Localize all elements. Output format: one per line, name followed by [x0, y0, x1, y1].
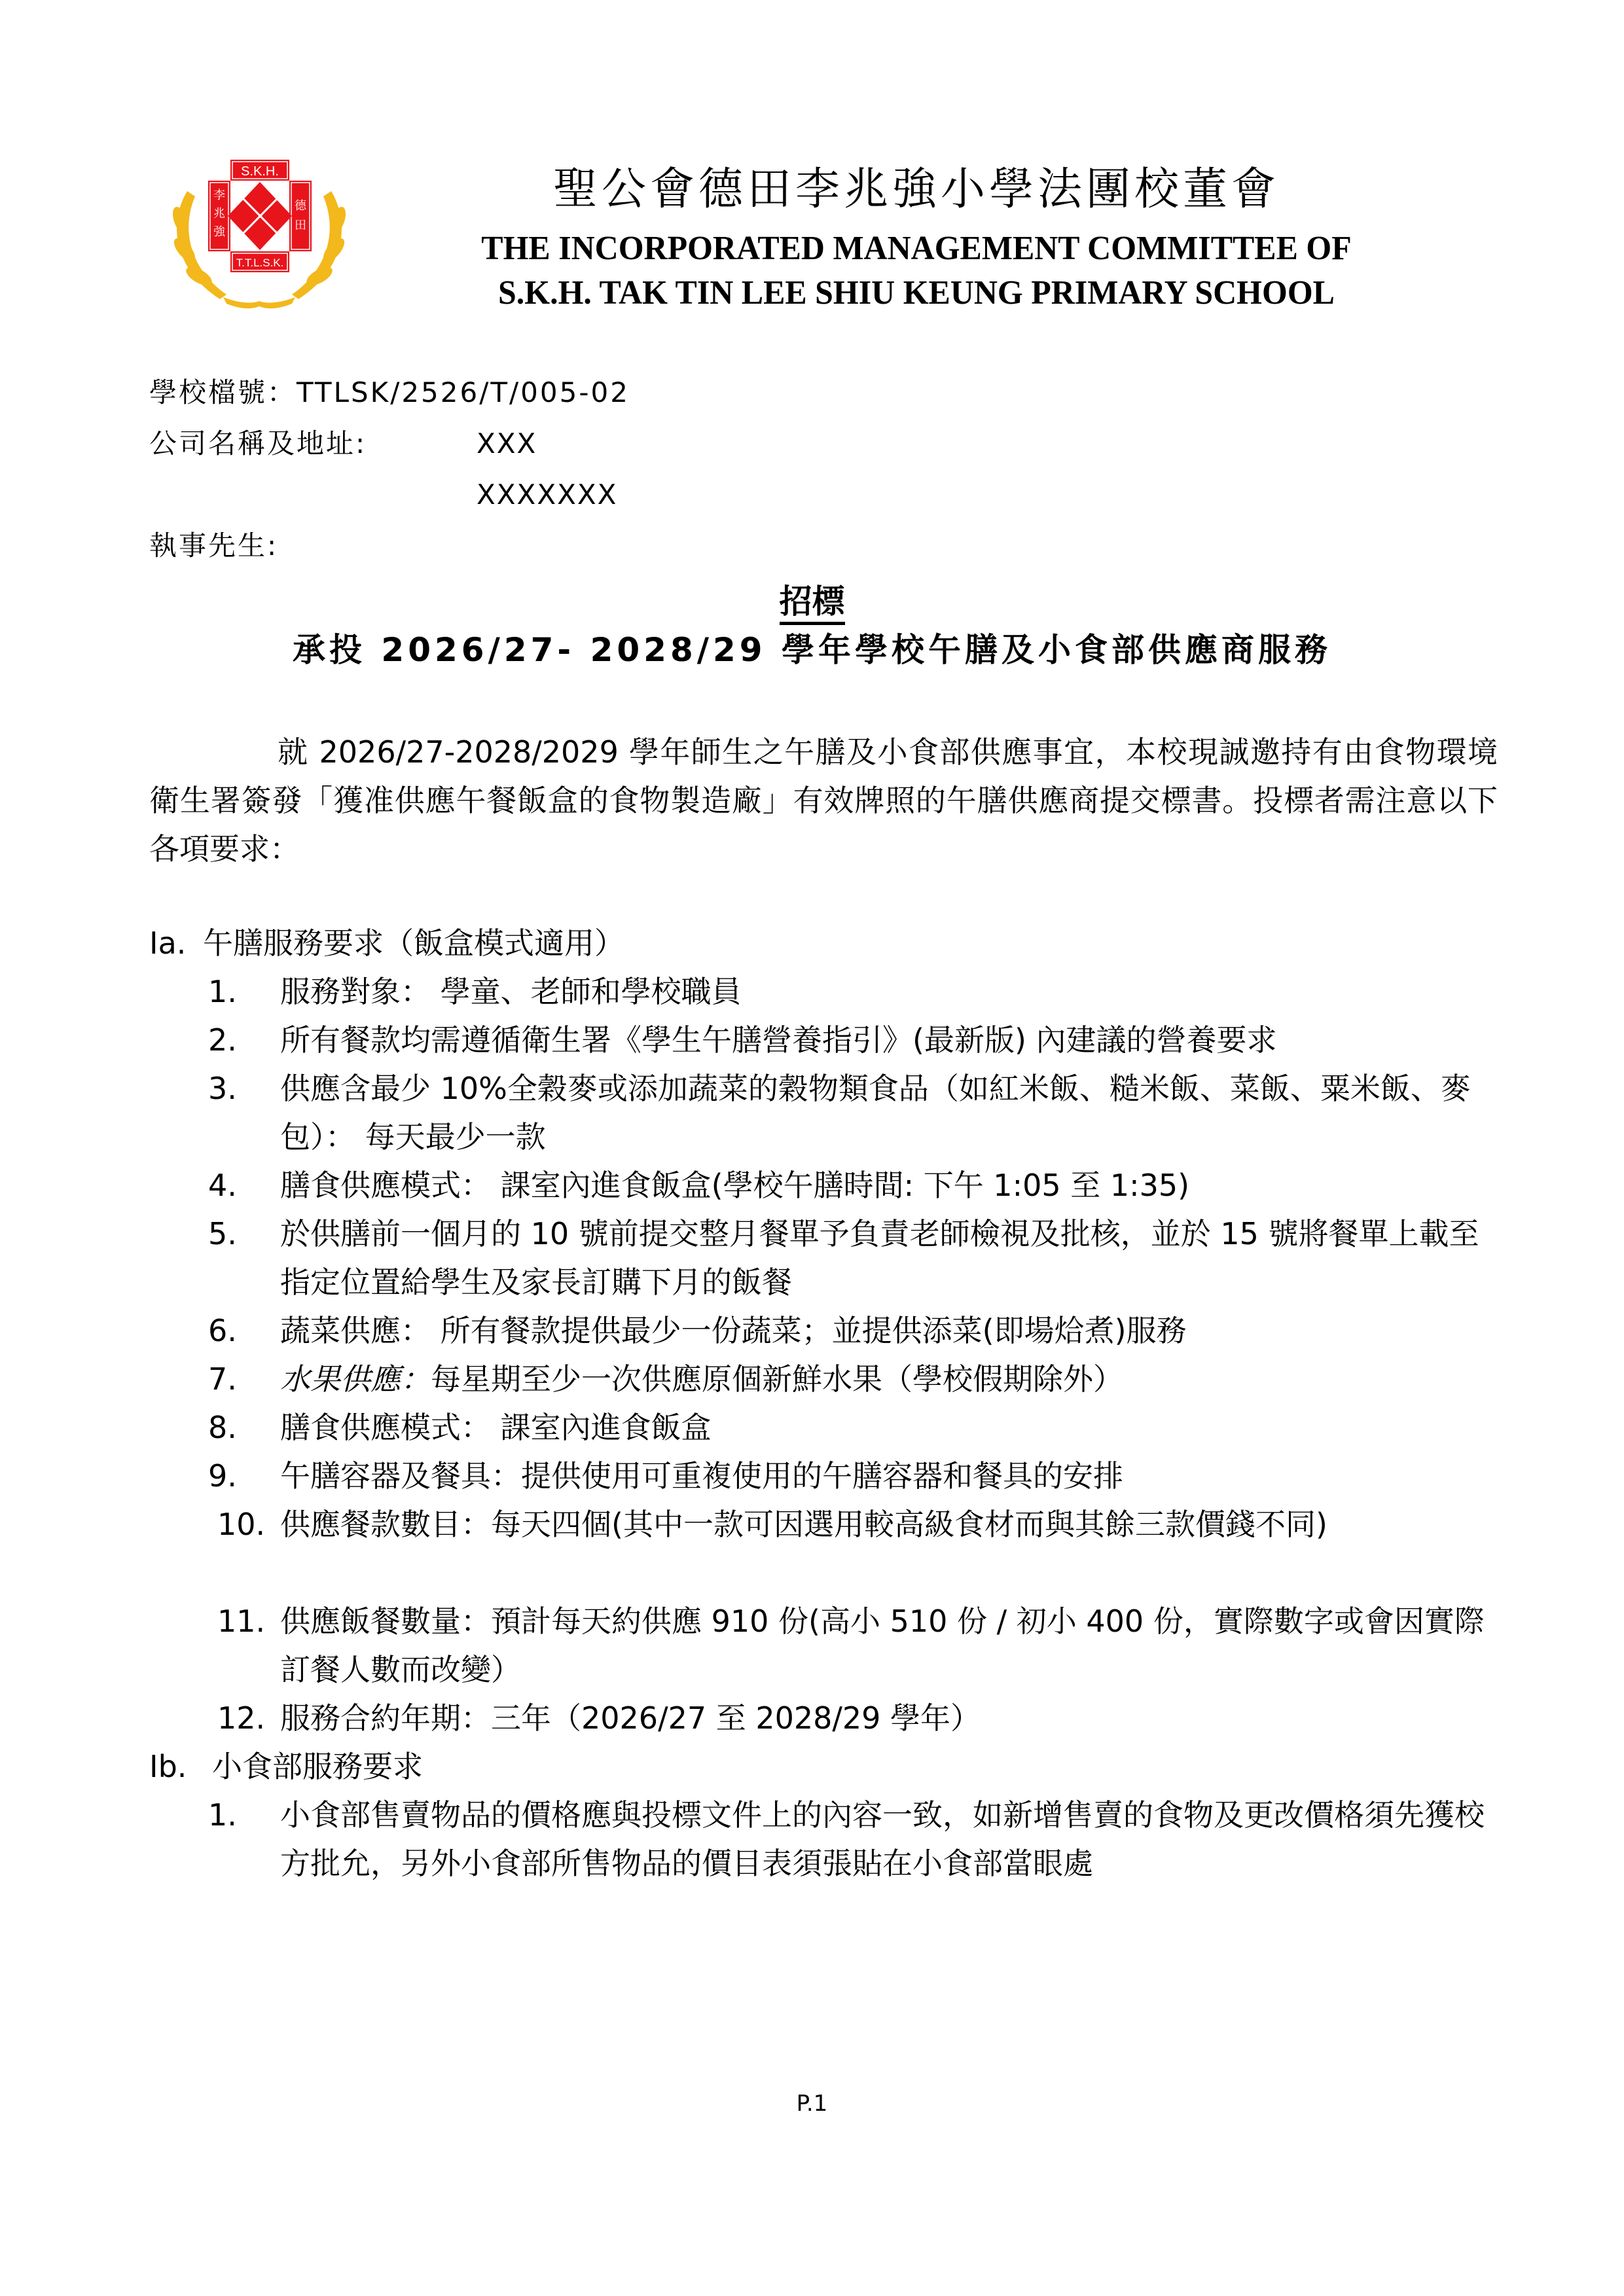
- list-item: 10.供應餐款數目：每天四個(其中一款可因選用較高級食材而與其餘三款價錢不同): [208, 1500, 1491, 1549]
- salutation: 執事先生:: [149, 529, 278, 563]
- svg-text:德: 德: [295, 199, 307, 213]
- document-subtitle: 承投 2026/27- 2028/29 學年學校午膳及小食部供應商服務: [0, 630, 1624, 670]
- company-name: XXX: [477, 427, 537, 461]
- svg-text:T.T.L.S.K.: T.T.L.S.K.: [236, 257, 284, 269]
- list-item: 7.水果供應：每星期至少一次供應原個新鮮水果（學校假期除外）: [208, 1355, 1491, 1403]
- list-item: 4.膳食供應模式： 課室內進食飯盒(學校午膳時間: 下午 1:05 至 1:35…: [208, 1161, 1491, 1210]
- section-title: 午膳服務要求（飯盒模式適用）: [203, 925, 624, 961]
- page-number: P.1: [0, 2090, 1624, 2117]
- svg-text:兆: 兆: [213, 207, 225, 221]
- svg-text:田: 田: [295, 219, 306, 232]
- school-name-en-line1: THE INCORPORATED MANAGEMENT COMMITTEE OF: [414, 229, 1419, 268]
- list-item: 2.所有餐款均需遵循衛生署《學生午膳營養指引》(最新版) 內建議的營養要求: [208, 1016, 1491, 1064]
- school-name-en-line2: S.K.H. TAK TIN LEE SHIU KEUNG PRIMARY SC…: [414, 274, 1419, 313]
- list-item: 3.供應含最少 10%全穀麥或添加蔬菜的穀物類食品（如紅米飯、糙米飯、菜飯、粟米…: [208, 1064, 1491, 1161]
- list-item: 8.膳食供應模式： 課室內進食飯盒: [208, 1403, 1491, 1452]
- file-number-label: 學校檔號：: [149, 376, 297, 408]
- document-title: 招標: [0, 581, 1624, 622]
- file-number-line: 學校檔號：TTLSK/2526/T/005-02: [149, 376, 630, 410]
- list-item: 1.小食部售賣物品的價格應與投標文件上的內容一致，如新增售賣的食物及更改價格須先…: [208, 1791, 1491, 1888]
- list-item: 12.服務合約年期：三年（2026/27 至 2028/29 學年）: [208, 1694, 1491, 1742]
- list-item: 9.午膳容器及餐具：提供使用可重複使用的午膳容器和餐具的安排: [208, 1452, 1491, 1500]
- company-line: 公司名稱及地址: XXX: [149, 427, 367, 461]
- list-item: 6.蔬菜供應： 所有餐款提供最少一份蔬菜；並提供添菜(即場烚煮)服務: [208, 1306, 1491, 1355]
- company-address-line: XXXXXXX: [149, 478, 617, 512]
- list-item: 11.供應飯餐數量：預計每天約供應 910 份(高小 510 份 / 初小 40…: [208, 1597, 1491, 1694]
- intro-paragraph: 就 2026/27-2028/2029 學年師生之午膳及小食部供應事宜，本校現誠…: [149, 728, 1498, 873]
- file-number-value: TTLSK/2526/T/005-02: [297, 376, 630, 408]
- school-name-zh: 聖公會德田李兆強小學法團校董會: [393, 164, 1440, 216]
- item-label-italic: 水果供應：: [280, 1361, 431, 1397]
- section-ib-heading: Ib.小食部服務要求: [149, 1742, 423, 1791]
- list-item: 5.於供膳前一個月的 10 號前提交整月餐單予負責老師檢視及批核，並於 15 號…: [208, 1210, 1491, 1306]
- section-ia-heading: Ia.午膳服務要求（飯盒模式適用）: [149, 919, 624, 967]
- section-code: Ia.: [149, 919, 203, 967]
- section-title: 小食部服務要求: [212, 1749, 423, 1784]
- list-item: 1.服務對象： 學童、老師和學校職員: [208, 967, 1491, 1016]
- company-label: 公司名稱及地址:: [149, 427, 367, 459]
- company-address: XXXXXXX: [477, 478, 617, 511]
- svg-text:李: 李: [213, 188, 225, 202]
- svg-text:強: 強: [213, 225, 226, 239]
- section-code: Ib.: [149, 1742, 212, 1791]
- svg-text:S.K.H.: S.K.H.: [241, 164, 279, 179]
- school-logo: S.K.H. 李 兆 強 德 田 T.T.L.S.K.: [161, 152, 357, 315]
